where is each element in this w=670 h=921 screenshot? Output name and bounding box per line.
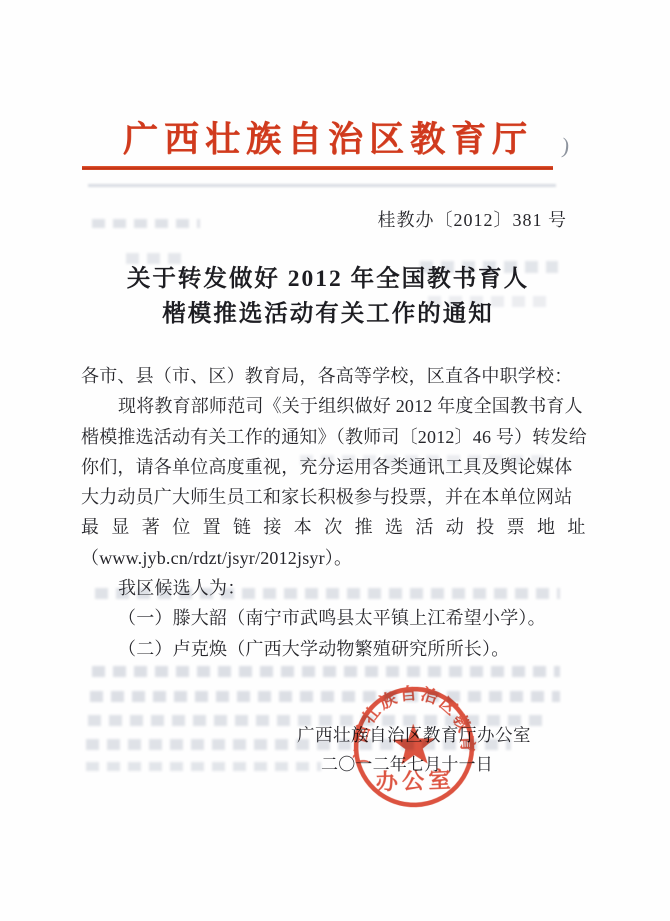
seal-star: [392, 723, 436, 765]
seal-bottom-text: 办公室: [375, 766, 455, 795]
document-title: 关于转发做好 2012 年全国教书育人 楷模推选活动有关工作的通知: [0, 262, 656, 332]
body-line: 你们，请各单位高度重视，充分运用各类通讯工具及舆论媒体: [81, 452, 569, 482]
body-line: 最显著位置链接本次推选活动投票地址: [81, 512, 569, 542]
bleedthrough-artifact: [90, 691, 560, 702]
bleedthrough-artifact: [92, 666, 560, 677]
official-seal: 广西壮族自治区教育厅 办公室: [349, 682, 479, 812]
body-line: 楷模推选活动有关工作的通知》（教师司〔2012〕46 号）转发给: [81, 422, 569, 452]
issuing-org-title: 广西壮族自治区教育厅: [0, 112, 656, 162]
bleedthrough-artifact: [86, 762, 321, 771]
body-line-candidate-2: （二）卢克焕（广西大学动物繁殖研究所所长）。: [81, 634, 569, 664]
document-number: 桂教办〔2012〕381 号: [0, 206, 567, 232]
body-line: 大力动员广大师生员工和家长积极参与投票，并在本单位网站: [81, 482, 569, 512]
header-rule: [82, 166, 553, 170]
body-line-url: （www.jyb.cn/rdzt/jsyr/2012jsyr）。: [81, 543, 569, 573]
document-title-line2: 楷模推选活动有关工作的通知: [0, 297, 656, 332]
body-line-candidate-1: （一）滕大韶（南宁市武鸣县太平镇上江希望小学）。: [81, 603, 569, 633]
document-body: 各市、县（市、区）教育局，各高等学校，区直各中职学校： 现将教育部师范司《关于组…: [81, 361, 569, 664]
body-line: 现将教育部师范司《关于组织做好 2012 年度全国教书育人: [81, 391, 569, 421]
document-title-line1: 关于转发做好 2012 年全国教书育人: [0, 262, 656, 297]
bleedthrough-artifact: [88, 184, 556, 187]
document-page: 广西壮族自治区教育厅 ) 桂教办〔2012〕381 号 关于转发做好 2012 …: [0, 0, 670, 921]
body-line: 我区候选人为：: [81, 573, 569, 603]
body-line: 各市、县（市、区）教育局，各高等学校，区直各中职学校：: [81, 361, 569, 391]
